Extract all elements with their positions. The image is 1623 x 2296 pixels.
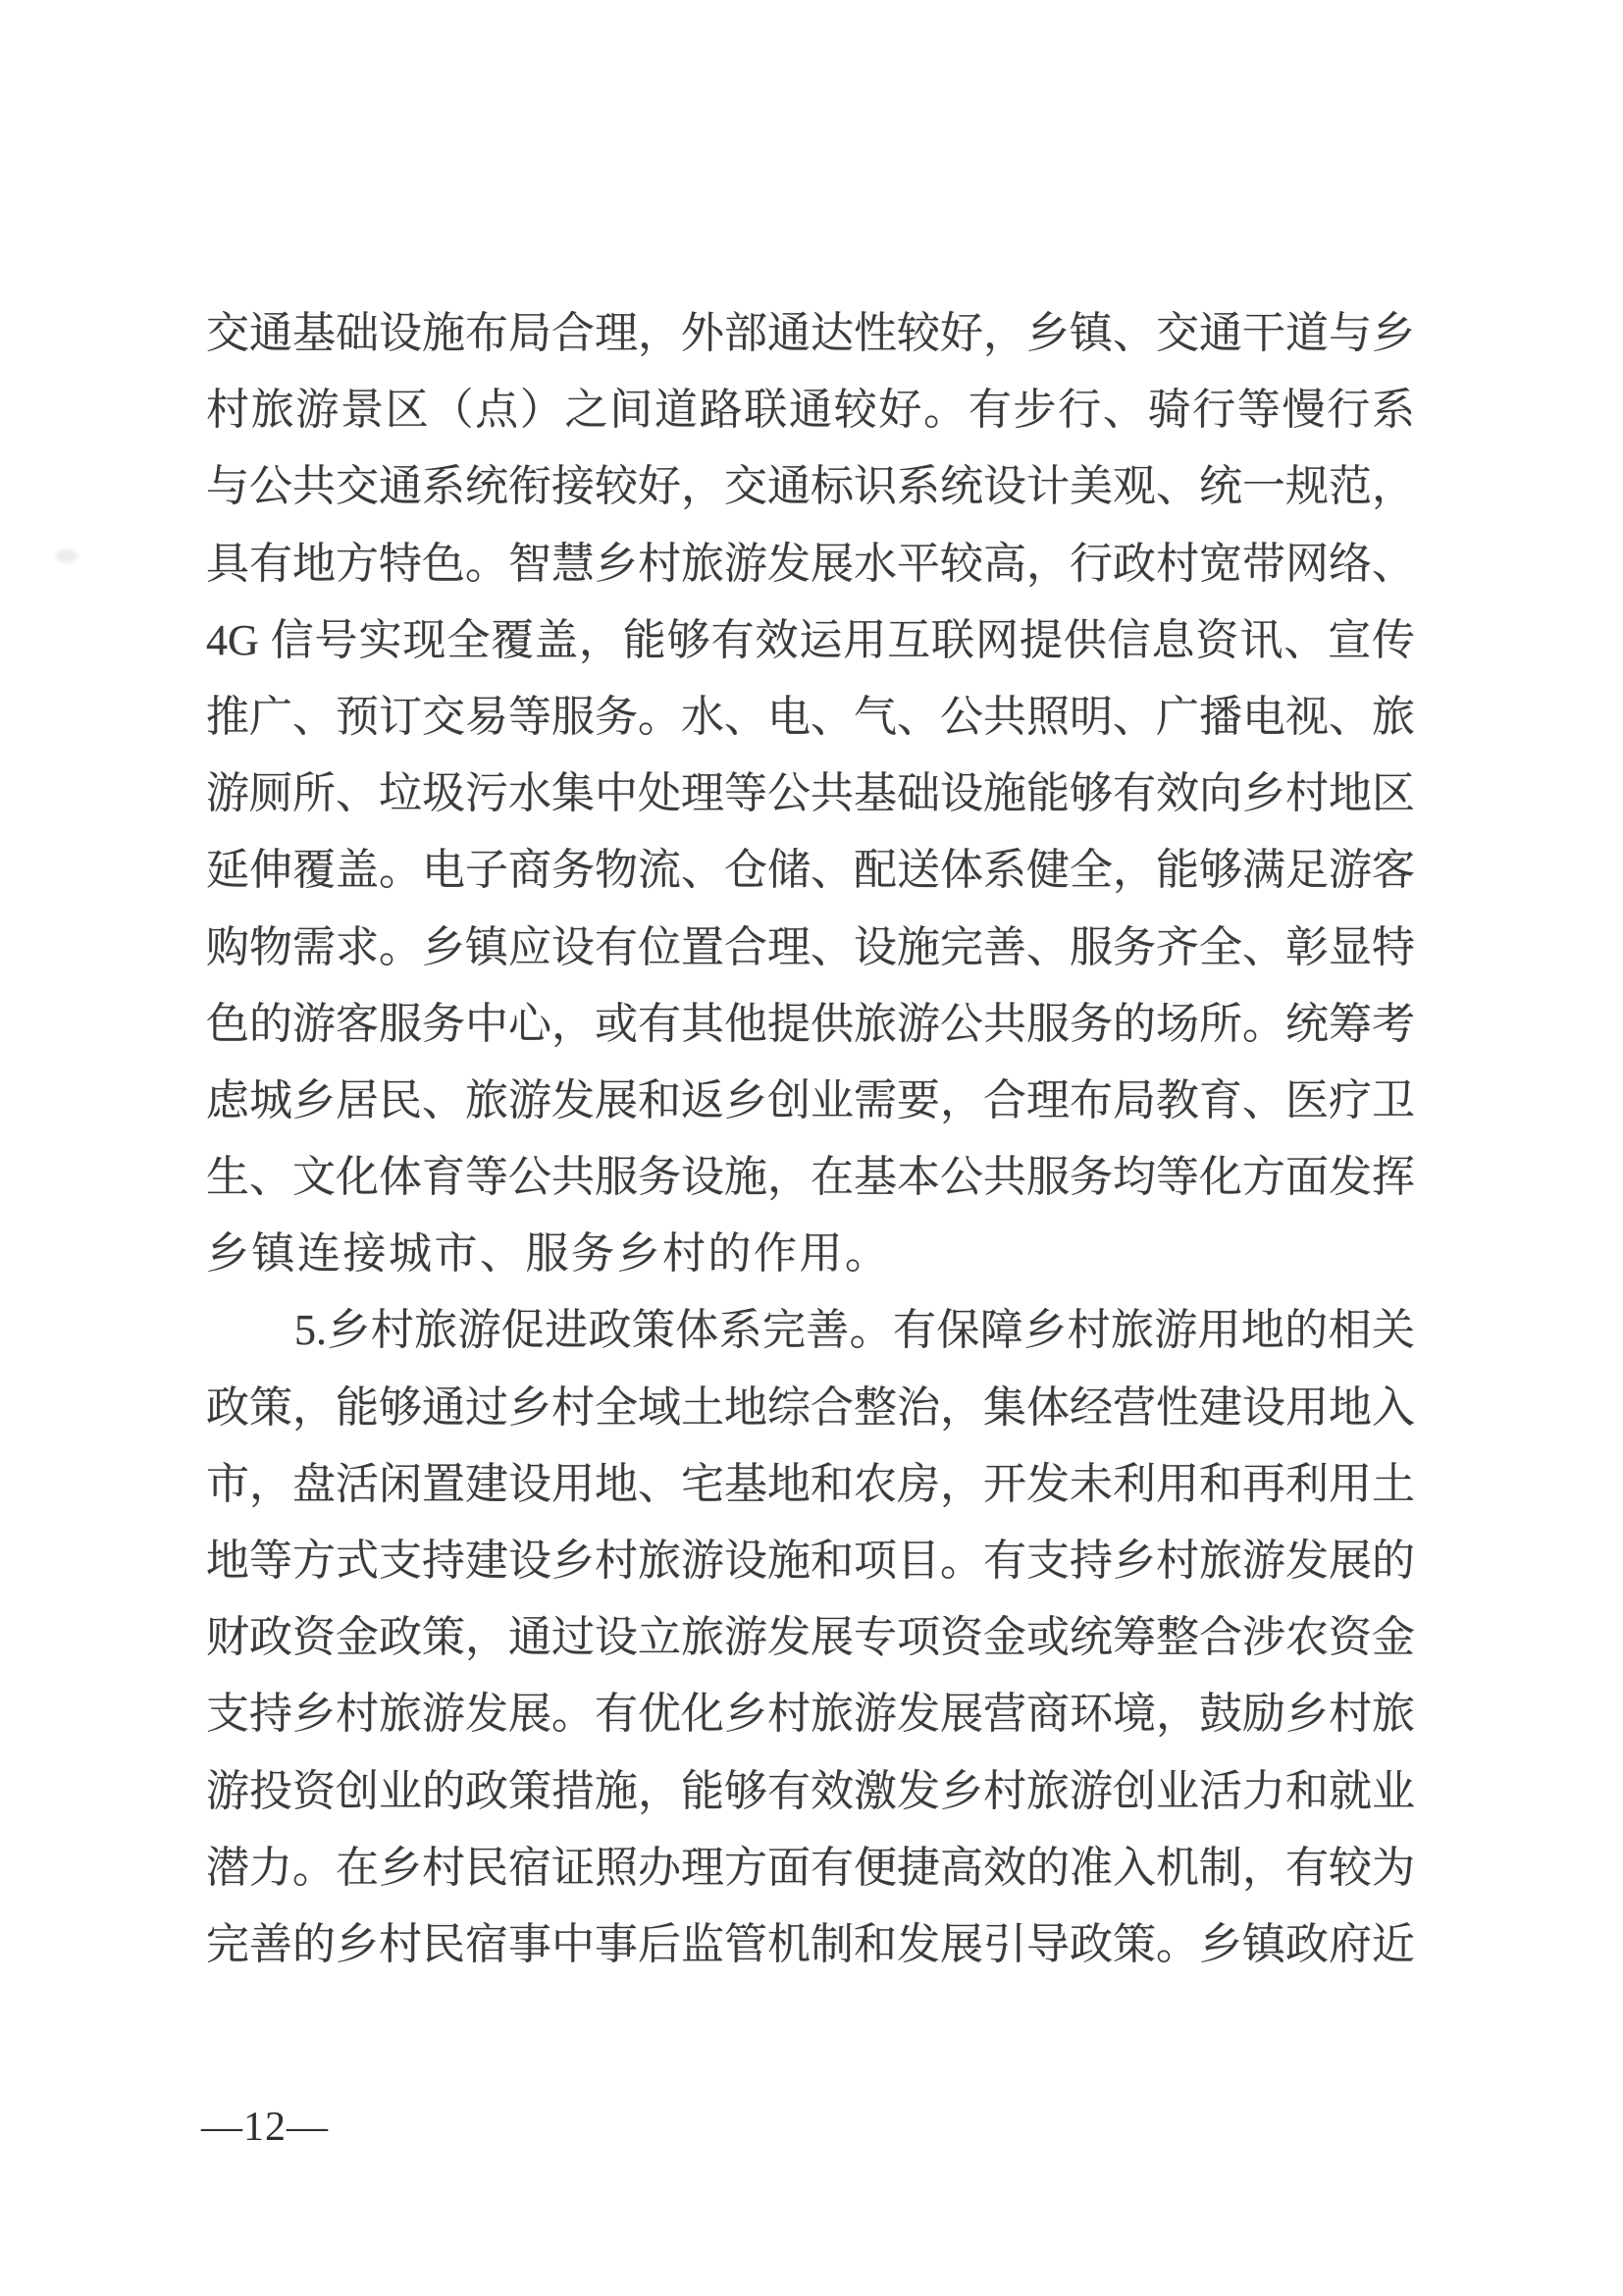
text-line: 延伸覆盖。电子商务物流、仓储、配送体系健全，能够满足游客 <box>206 832 1415 909</box>
text-line: 色的游客服务中心，或有其他提供旅游公共服务的场所。统筹考 <box>206 986 1415 1063</box>
text-line: 游投资创业的政策措施，能够有效激发乡村旅游创业活力和就业 <box>206 1753 1415 1830</box>
text-line: 市，盘活闲置建设用地、宅基地和农房，开发未利用和再利用土 <box>206 1446 1415 1523</box>
text-line: 潜力。在乡村民宿证照办理方面有便捷高效的准入机制，有较为 <box>206 1830 1415 1906</box>
text-line: 支持乡村旅游发展。有优化乡村旅游发展营商环境，鼓励乡村旅 <box>206 1676 1415 1752</box>
text-line: 财政资金政策，通过设立旅游发展专项资金或统筹整合涉农资金 <box>206 1599 1415 1676</box>
text-line: 5.乡村旅游促进政策体系完善。有保障乡村旅游用地的相关 <box>206 1292 1415 1369</box>
text-line: 推广、预订交易等服务。水、电、气、公共照明、广播电视、旅 <box>206 679 1415 756</box>
document-page: 交通基础设施布局合理，外部通达性较好，乡镇、交通干道与乡村旅游景区（点）之间道路… <box>0 0 1623 2296</box>
scan-artifact <box>56 549 78 563</box>
page-number: —12— <box>201 2103 329 2152</box>
text-line: 4G 信号实现全覆盖，能够有效运用互联网提供信息资讯、宣传 <box>206 602 1415 679</box>
text-line: 村旅游景区（点）之间道路联通较好。有步行、骑行等慢行系统， <box>206 372 1415 448</box>
text-line: 完善的乡村民宿事中事后监管机制和发展引导政策。乡镇政府近 <box>206 1906 1415 1983</box>
text-line: 乡镇连接城市、服务乡村的作用。 <box>206 1216 1415 1292</box>
text-line: 购物需求。乡镇应设有位置合理、设施完善、服务齐全、彰显特 <box>206 910 1415 986</box>
text-line: 政策，能够通过乡村全域土地综合整治，集体经营性建设用地入 <box>206 1370 1415 1446</box>
text-line: 地等方式支持建设乡村旅游设施和项目。有支持乡村旅游发展的 <box>206 1523 1415 1599</box>
text-line: 生、文化体育等公共服务设施，在基本公共服务均等化方面发挥 <box>206 1139 1415 1216</box>
text-line: 游厕所、垃圾污水集中处理等公共基础设施能够有效向乡村地区 <box>206 756 1415 832</box>
text-line: 虑城乡居民、旅游发展和返乡创业需要，合理布局教育、医疗卫 <box>206 1063 1415 1139</box>
text-line: 与公共交通系统衔接较好，交通标识系统设计美观、统一规范， <box>206 448 1415 525</box>
text-line: 具有地方特色。智慧乡村旅游发展水平较高，行政村宽带网络、 <box>206 526 1415 602</box>
document-body: 交通基础设施布局合理，外部通达性较好，乡镇、交通干道与乡村旅游景区（点）之间道路… <box>206 295 1415 1983</box>
text-line: 交通基础设施布局合理，外部通达性较好，乡镇、交通干道与乡 <box>206 295 1415 372</box>
